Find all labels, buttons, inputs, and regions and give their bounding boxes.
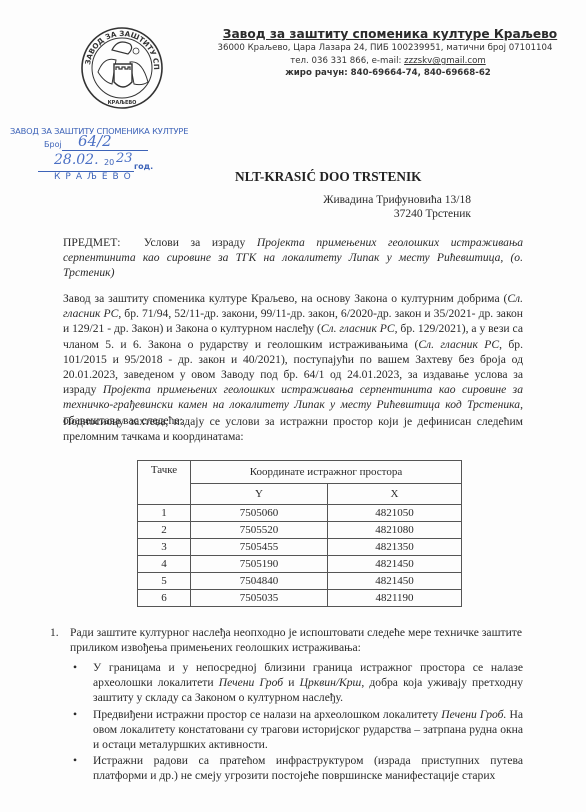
subject-label: ПРЕДМЕТ: [63,236,121,249]
bullet-dot-icon: • [73,660,77,675]
list-item-text: Ради заштите културног наслеђа неопходно… [70,625,522,655]
italic-text: Сл. гласник РС, [321,322,398,335]
table-row: 475051904821450 [138,556,462,573]
recipient-street: Живадина Трифуновића 13/18 [323,193,471,207]
table-row: 675050354821190 [138,590,462,607]
stamp-number-label: Број [44,140,62,149]
cell-point: 6 [138,590,191,607]
coordinates-table: Тачке Координате истражног простора Y X … [137,460,462,607]
text: Предвиђени истражни простор се налази на… [93,708,441,721]
registry-stamp: ЗАВОД ЗА ЗАШТИТУ СПОМЕНИКА КУЛТУРЕ Број … [6,126,182,184]
cell-point: 2 [138,522,191,539]
bank-accounts: жиро рачун: 840-69664-74, 840-69668-62 [190,68,586,78]
cell-y: 7504840 [191,573,328,590]
italic-text: Печени Гроб [219,676,283,689]
table-row: 375054554821350 [138,539,462,556]
stamp-date: 28.02. [54,152,99,168]
body-paragraph-1: Завод за заштиту споменика културе Краље… [63,291,523,428]
institution-address: 36000 Краљево, Цара Лазара 24, ПИБ 10023… [170,43,586,53]
cell-y: 7505520 [191,522,328,539]
recipient-address: Живадина Трифуновића 13/18 37240 Трстени… [323,193,471,221]
cell-y: 7505190 [191,556,328,573]
cell-point: 4 [138,556,191,573]
stamp-year-suffix: год. [134,162,153,171]
table-row: 275055204821080 [138,522,462,539]
table-row: 575048404821450 [138,573,462,590]
cell-y: 7505060 [191,505,328,522]
subject-text: Услови за израду [144,236,246,249]
col-header-points: Тачке [138,461,191,505]
subject-project: Пројекта примењених геолошких истраживањ… [63,236,523,279]
cell-point: 1 [138,505,191,522]
italic-text: Пројекта примењених геолошких истраживањ… [63,383,523,411]
bullet-dot-icon: • [73,753,77,768]
cell-y: 7505035 [191,590,328,607]
italic-text: Црквин/Крш [300,676,362,689]
stamp-year-prefix: 20 [104,158,114,167]
stamp-number-value: 64/2 [78,132,112,150]
list-number: 1. [50,625,59,640]
bullet-item: •У границама и у непосредној близини гра… [69,660,523,706]
body-paragraph-2: Подносиоцу захтева, издају се услови за … [63,414,523,444]
bullet-item: •Предвиђени истражни простор се налази н… [69,707,523,753]
subject: ПРЕДМЕТ: Услови за израду Пројекта приме… [63,235,523,281]
table-row: 175050604821050 [138,505,462,522]
cell-x: 4821350 [328,539,462,556]
bullet-list: •У границама и у непосредној близини гра… [69,660,523,784]
cell-x: 4821450 [328,573,462,590]
cell-x: 4821190 [328,590,462,607]
stamp-number: Број 64/2 [44,140,62,149]
italic-text: Сл. гласник РС [418,338,499,351]
svg-text:КРАЉЕВО: КРАЉЕВО [108,100,137,106]
stamp-year: 23 [116,151,133,166]
recipient-city: 37240 Трстеник [323,207,471,221]
institution-seal-icon: ЗАВОД ЗА ЗАШТИТУ СПОМЕНИКА КУЛТУРЕ КРАЉЕ… [78,20,166,110]
institution-contact: тел. 036 331 866, e-mail: zzzskv@gmail.c… [190,56,586,66]
text: Завод за заштиту споменика културе Краље… [63,292,507,305]
cell-x: 4821050 [328,505,462,522]
text: Истражни радови са пратећом инфраструкту… [93,754,523,782]
cell-y: 7505455 [191,539,328,556]
italic-text: Печени Гроб. [441,708,506,721]
stamp-line [62,150,148,151]
bullet-dot-icon: • [73,707,77,722]
bullet-item: •Истражни радови са пратећом инфраструкт… [69,753,523,783]
col-header-x: X [328,484,462,505]
cell-point: 3 [138,539,191,556]
col-header-coordinates: Координате истражног простора [191,461,462,484]
cell-x: 4821080 [328,522,462,539]
phone-text: тел. 036 331 866, e-mail: [290,56,404,66]
cell-x: 4821450 [328,556,462,573]
cell-point: 5 [138,573,191,590]
email-link[interactable]: zzzskv@gmail.com [404,56,486,66]
text: и [283,676,300,689]
stamp-city: КРАЉЕВО [54,172,136,182]
recipient-name: NLT-KRASIĆ DOO TRSTENIK [235,169,421,185]
institution-name: Завод за заштиту споменика културе Краље… [200,27,580,41]
col-header-y: Y [191,484,328,505]
